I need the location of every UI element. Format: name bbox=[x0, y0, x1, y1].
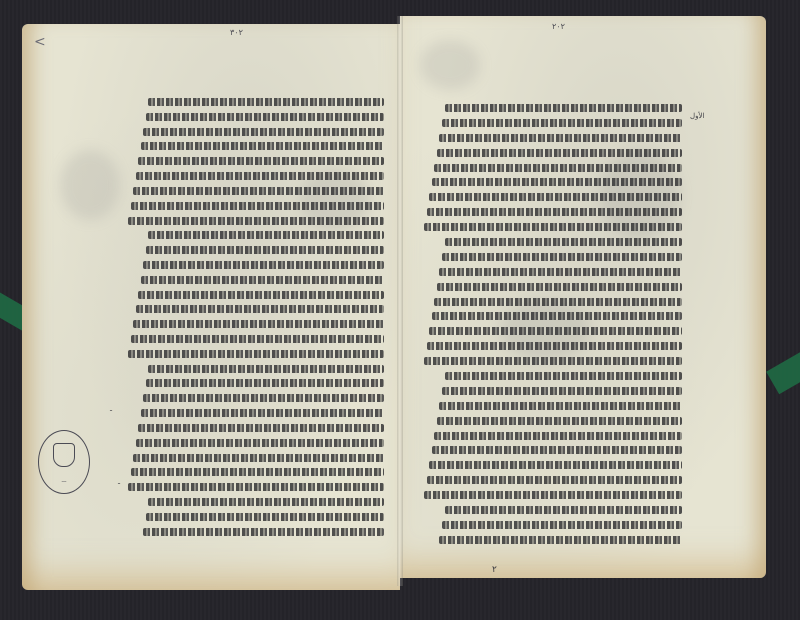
manuscript-line bbox=[143, 528, 384, 536]
manuscript-line bbox=[445, 104, 682, 112]
manuscript-line bbox=[146, 379, 384, 387]
manuscript-line bbox=[442, 387, 682, 395]
manuscript-line bbox=[138, 424, 384, 432]
manuscript-line bbox=[133, 320, 384, 328]
ownership-seal: ـــ bbox=[38, 430, 90, 494]
left-margin-note-1: ـ bbox=[110, 405, 112, 413]
manuscript-line bbox=[136, 439, 384, 447]
catchword-mark: ۲ bbox=[492, 565, 497, 575]
manuscript-line bbox=[143, 261, 384, 269]
manuscript-line bbox=[146, 113, 384, 121]
manuscript-line bbox=[143, 394, 384, 402]
manuscript-line bbox=[128, 483, 384, 491]
manuscript-line bbox=[148, 98, 384, 106]
manuscript-line bbox=[146, 246, 384, 254]
manuscript-line bbox=[141, 142, 384, 150]
manuscript-line bbox=[445, 506, 682, 514]
manuscript-line bbox=[437, 283, 682, 291]
manuscript-line bbox=[445, 372, 682, 380]
manuscript-line bbox=[427, 342, 682, 350]
manuscript-line bbox=[424, 357, 682, 365]
manuscript-line bbox=[131, 202, 384, 210]
manuscript-line bbox=[434, 432, 682, 440]
stain bbox=[60, 150, 120, 220]
manuscript-line bbox=[437, 149, 682, 157]
manuscript-line bbox=[442, 253, 682, 261]
manuscript-line bbox=[432, 446, 682, 454]
manuscript-line bbox=[146, 513, 384, 521]
manuscript-line bbox=[131, 335, 384, 343]
manuscript-line bbox=[131, 468, 384, 476]
manuscript-line bbox=[439, 134, 682, 142]
manuscript-line bbox=[148, 231, 384, 239]
manuscript-line bbox=[427, 208, 682, 216]
manuscript-line bbox=[439, 536, 682, 544]
manuscript-line bbox=[437, 417, 682, 425]
manuscript-line bbox=[445, 238, 682, 246]
manuscript-line bbox=[432, 312, 682, 320]
manuscript-line bbox=[429, 327, 682, 335]
manuscript-line bbox=[143, 128, 384, 136]
manuscript-line bbox=[138, 291, 384, 299]
manuscript-line bbox=[128, 350, 384, 358]
book-gutter bbox=[397, 16, 403, 586]
manuscript-line bbox=[136, 305, 384, 313]
manuscript-line bbox=[432, 178, 682, 186]
manuscript-line bbox=[424, 223, 682, 231]
manuscript-line bbox=[427, 476, 682, 484]
corner-mark: < bbox=[34, 34, 46, 50]
manuscript-line bbox=[138, 157, 384, 165]
seal-hand-emblem-icon bbox=[53, 443, 75, 467]
manuscript-line bbox=[424, 491, 682, 499]
left-text-block bbox=[128, 98, 384, 536]
manuscript-line bbox=[141, 276, 384, 284]
manuscript-line bbox=[429, 193, 682, 201]
manuscript-line bbox=[128, 217, 384, 225]
stain bbox=[420, 40, 480, 90]
manuscript-line bbox=[141, 409, 384, 417]
manuscript-line bbox=[434, 298, 682, 306]
manuscript-line bbox=[148, 365, 384, 373]
right-header-note: ۲۰۲ bbox=[552, 22, 565, 31]
manuscript-line bbox=[434, 164, 682, 172]
left-margin-note-2: ـ bbox=[118, 478, 120, 486]
seal-caption: ـــ bbox=[39, 478, 89, 484]
manuscript-line bbox=[442, 119, 682, 127]
right-text-block bbox=[424, 104, 682, 544]
right-margin-note: الأول bbox=[690, 112, 704, 120]
manuscript-line bbox=[439, 268, 682, 276]
left-header-note: ۳۰۲ bbox=[230, 28, 243, 37]
manuscript-line bbox=[133, 454, 384, 462]
manuscript-line bbox=[442, 521, 682, 529]
manuscript-line bbox=[148, 498, 384, 506]
manuscript-line bbox=[429, 461, 682, 469]
manuscript-line bbox=[133, 187, 384, 195]
manuscript-line bbox=[136, 172, 384, 180]
manuscript-line bbox=[439, 402, 682, 410]
